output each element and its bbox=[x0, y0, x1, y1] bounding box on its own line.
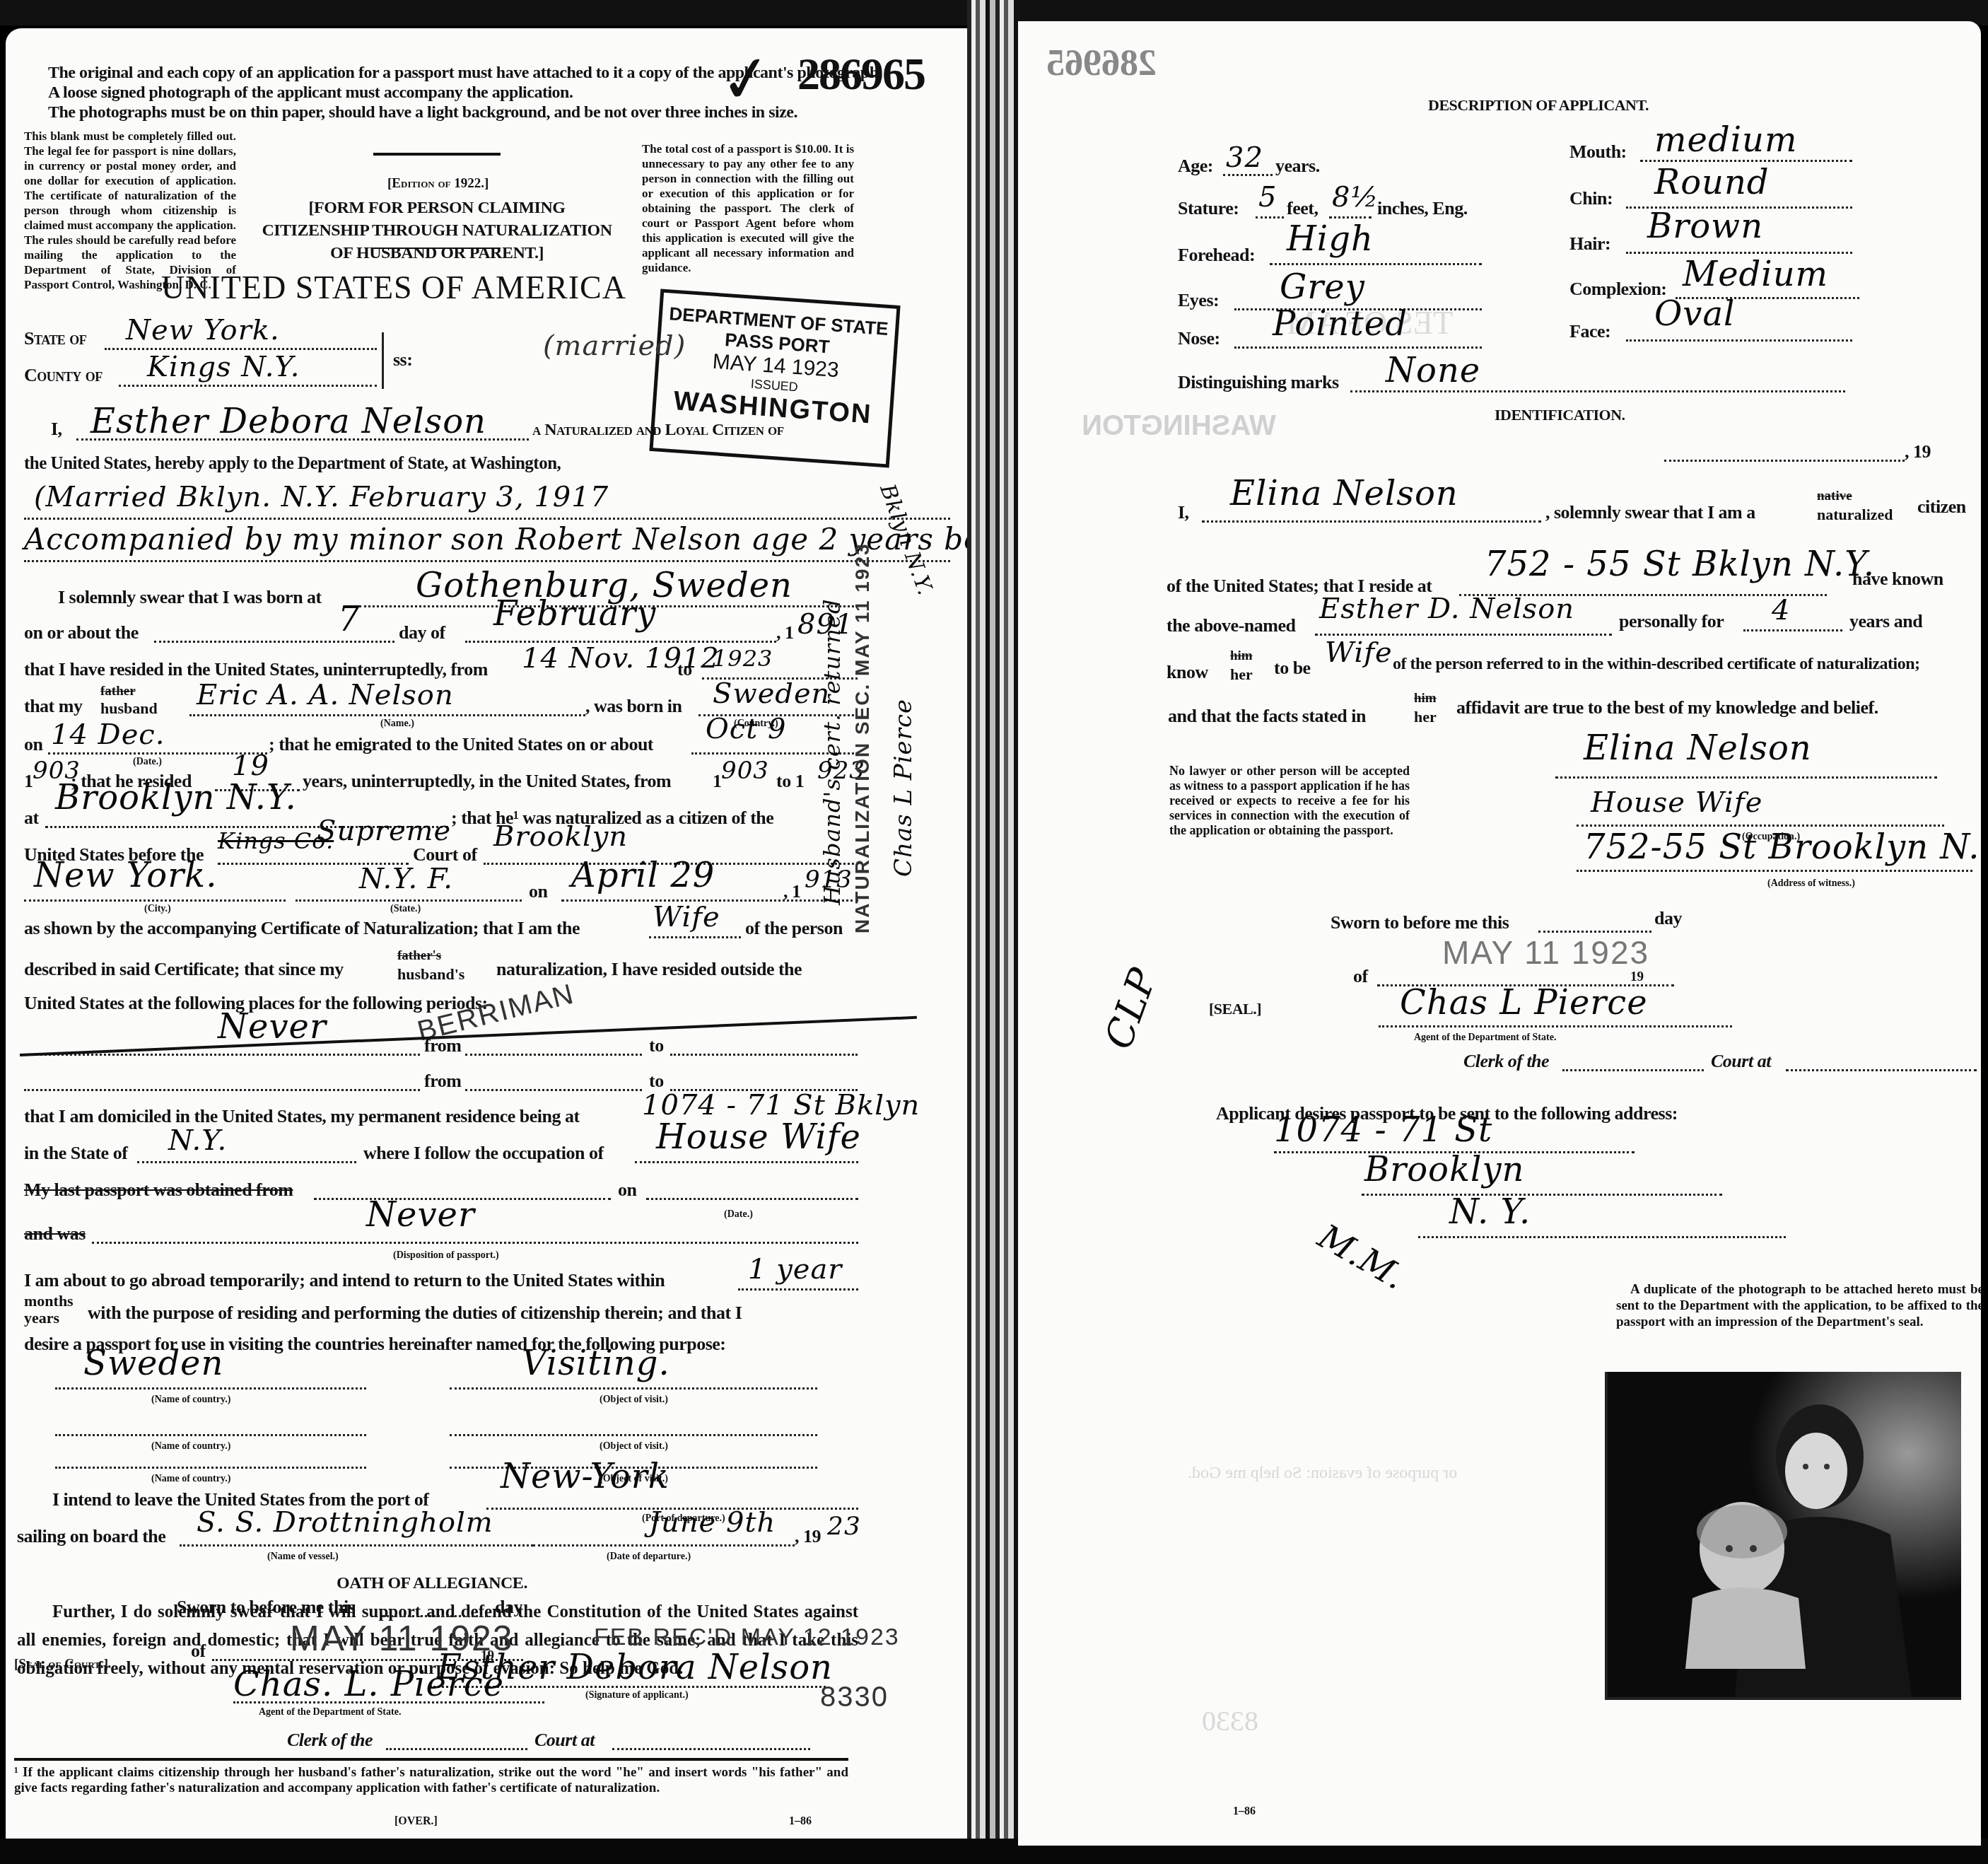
disposition-line bbox=[92, 1242, 858, 1244]
witness-name-line bbox=[1202, 520, 1541, 523]
date-caption-2: (Date.) bbox=[724, 1209, 753, 1221]
resided-to: 1923 bbox=[713, 645, 773, 672]
face-label: Face: bbox=[1569, 321, 1610, 342]
i-label-right: I, bbox=[1178, 502, 1189, 523]
departure-date: June 9th bbox=[649, 1506, 776, 1539]
witness-signature: Elina Nelson bbox=[1584, 728, 1812, 768]
country-3-line bbox=[55, 1467, 366, 1469]
on-or-about-label: on or about the bbox=[24, 622, 139, 643]
country-caption-2: (Name of country.) bbox=[151, 1441, 230, 1452]
identification-nineteen: , 19 bbox=[1905, 441, 1931, 462]
have-known-label: have known bbox=[1852, 569, 1943, 590]
mailing-line-3 bbox=[1418, 1236, 1786, 1238]
applicant-name-line bbox=[1315, 634, 1612, 636]
age-line bbox=[1223, 174, 1273, 176]
bleed-through-washington: WASHINGTON bbox=[1082, 410, 1276, 442]
witness-address: 752 - 55 St Bklyn N.Y. bbox=[1485, 544, 1875, 584]
state-residence: N.Y. bbox=[168, 1124, 227, 1157]
year-prefix: , 1 bbox=[776, 622, 794, 643]
eyes-label: Eyes: bbox=[1178, 290, 1219, 311]
vertical-note: Husband's cert. returned bbox=[819, 599, 846, 905]
relation-line bbox=[649, 936, 741, 938]
years-option: years bbox=[24, 1310, 59, 1326]
state-field-line bbox=[105, 348, 377, 350]
document-heading: UNITED STATES OF AMERICA bbox=[161, 269, 626, 306]
above-named-label: the above-named bbox=[1167, 615, 1295, 636]
mouth-line bbox=[1640, 160, 1852, 162]
nineteen-label-left: 19 bbox=[481, 1648, 494, 1664]
county-value: Kings N.Y. bbox=[147, 351, 300, 383]
last-passport-date-line bbox=[646, 1198, 858, 1200]
sailing-label: sailing on board the bbox=[17, 1526, 165, 1547]
seal-label: [SEAL.] bbox=[1209, 1000, 1261, 1018]
clp-initials: CLP bbox=[1096, 962, 1166, 1055]
husband-country: Sweden bbox=[713, 677, 830, 710]
marks-label: Distinguishing marks bbox=[1178, 372, 1339, 393]
city-caption: (City.) bbox=[144, 904, 171, 915]
domiciled-label: that I am domiciled in the United States… bbox=[24, 1106, 580, 1127]
stature-feet: 5 bbox=[1258, 181, 1277, 214]
stature-inches: 8½ bbox=[1332, 181, 1379, 214]
object-1-line bbox=[450, 1387, 817, 1390]
complexion-label: Complexion: bbox=[1569, 279, 1667, 300]
chin-value: Round bbox=[1654, 163, 1770, 202]
object-caption-2: (Object of visit.) bbox=[600, 1441, 668, 1452]
clerk-label-right: Clerk of the bbox=[1463, 1051, 1549, 1072]
outside-place-line-1 bbox=[24, 1054, 420, 1056]
extra-line-1 bbox=[24, 518, 950, 520]
forehead-label: Forehead: bbox=[1178, 245, 1255, 266]
witness-signature-line bbox=[1555, 776, 1937, 779]
him-option-struck: him bbox=[1230, 648, 1253, 664]
vertical-signature: Chas L Pierce bbox=[889, 699, 918, 877]
over-label: [OVER.] bbox=[394, 1813, 438, 1829]
witness-address-2: 752-55 St Brooklyn N.Y. bbox=[1584, 827, 1981, 867]
name-caption: (Name.) bbox=[380, 718, 414, 730]
naturalization-section-stamp: NATURALIZATION SEC. MAY 11 1923 bbox=[851, 542, 874, 933]
identification-date-line bbox=[1664, 460, 1905, 462]
departure-year-prefix: , 19 bbox=[795, 1526, 821, 1547]
date-caption: (Date.) bbox=[133, 757, 162, 768]
citizen-label: citizen bbox=[1917, 496, 1966, 518]
naturalized-option: naturalized bbox=[1817, 506, 1893, 523]
fathers-option-struck: father's bbox=[397, 948, 441, 964]
chin-label: Chin: bbox=[1569, 188, 1613, 209]
husband-name-line bbox=[189, 714, 585, 716]
birth-month: February bbox=[493, 594, 656, 634]
extra-line-2 bbox=[24, 560, 950, 562]
husband-name: Eric A. A. Nelson bbox=[197, 679, 454, 711]
state-value: New York. bbox=[126, 314, 280, 346]
address-caption: (Address of witness.) bbox=[1767, 878, 1855, 890]
clerk-line-right bbox=[1562, 1069, 1704, 1071]
passport-issued-stamp: DEPARTMENT OF STATE PASS PORT MAY 14 192… bbox=[649, 289, 900, 467]
divider bbox=[373, 153, 501, 156]
know-label: know bbox=[1167, 662, 1208, 683]
nose-line bbox=[1234, 346, 1482, 349]
and-was-label-struck: and was bbox=[24, 1223, 86, 1245]
nat-year-prefix: , 1 bbox=[783, 881, 801, 902]
to-label-2: to 1 bbox=[776, 771, 804, 792]
book-gutter bbox=[967, 0, 1018, 1864]
facts-label: and that the facts stated in bbox=[1168, 706, 1366, 727]
married-margin-note: (married) bbox=[543, 330, 686, 362]
county-label: County of bbox=[24, 365, 103, 386]
photo-notice-3: The photographs must be on thin paper, s… bbox=[48, 103, 797, 122]
day-label-left: day bbox=[495, 1597, 522, 1618]
object-1: Visiting. bbox=[522, 1344, 670, 1383]
birth-day-line bbox=[154, 641, 394, 643]
day-of-label: day of bbox=[399, 622, 445, 643]
him-option-struck-2: him bbox=[1414, 690, 1437, 706]
officer-line-right bbox=[1379, 1025, 1732, 1027]
footnote-text: ¹ If the applicant claims citizenship th… bbox=[14, 1765, 848, 1796]
husband-residence: Brooklyn N.Y. bbox=[55, 778, 297, 817]
sworn-date-stamp-right: MAY 11 1923 bbox=[1442, 933, 1649, 972]
her-option-2: her bbox=[1414, 709, 1437, 725]
inches-line bbox=[1329, 216, 1372, 219]
married-line: (Married Bklyn. N.Y. February 3, 1917 bbox=[34, 481, 609, 513]
form-title: [FORM FOR PERSON CLAIMING CITIZENSHIP TH… bbox=[253, 197, 621, 264]
country-2-line bbox=[55, 1434, 366, 1436]
occupation-label: where I follow the occupation of bbox=[363, 1143, 604, 1164]
mailing-initials: M.M. bbox=[1311, 1217, 1413, 1298]
court-name: Supreme bbox=[317, 815, 451, 847]
instructions-note-left: This blank must be completely filled out… bbox=[24, 129, 236, 292]
months-option: months bbox=[24, 1293, 74, 1309]
feet-label: feet, bbox=[1287, 198, 1318, 219]
officer-signature-right: Chas L Pierce bbox=[1400, 983, 1648, 1023]
face-line bbox=[1626, 339, 1852, 342]
nat-date: April 29 bbox=[571, 856, 715, 895]
applicant-name: Esther Debora Nelson bbox=[90, 402, 486, 441]
departure-year: 23 bbox=[827, 1512, 861, 1541]
marks-line bbox=[1350, 390, 1845, 392]
object-2-line bbox=[450, 1434, 817, 1436]
sworn-label-left: Sworn to before me this bbox=[177, 1597, 355, 1618]
of-label-left: of bbox=[191, 1641, 206, 1662]
bleed-through-oath: or purpose of evasion: So help me God. bbox=[1188, 1464, 1457, 1483]
witness-name: Elina Nelson bbox=[1230, 474, 1458, 513]
her-option: her bbox=[1230, 666, 1253, 682]
hair-label: Hair: bbox=[1569, 233, 1610, 255]
mouth-value: medium bbox=[1654, 120, 1797, 160]
applicant-name-right: Esther D. Nelson bbox=[1319, 593, 1574, 625]
identification-title: IDENTIFICATION. bbox=[1495, 406, 1625, 424]
father-option-struck: father bbox=[100, 683, 136, 699]
outside-places: Never bbox=[218, 1007, 327, 1047]
cost-note-right: The total cost of a passport is $10.00. … bbox=[642, 141, 854, 275]
outside-from-line-1 bbox=[465, 1054, 642, 1056]
husband-birth-date: 14 Dec. bbox=[51, 718, 165, 751]
at-label: at bbox=[24, 808, 39, 829]
husband-option: husband bbox=[100, 700, 158, 716]
husbands-option: husband's bbox=[397, 966, 464, 982]
age-label: Age: bbox=[1178, 156, 1213, 177]
resided-from-prefix: 1 bbox=[713, 771, 722, 792]
country-1: Sweden bbox=[83, 1344, 223, 1383]
emigrated-label: ; that he emigrated to the United States… bbox=[269, 734, 653, 755]
photo-duplicate-note: A duplicate of the photograph to be atta… bbox=[1616, 1281, 1981, 1330]
state-of-label-2: in the State of bbox=[24, 1143, 127, 1164]
on-label-3: on bbox=[618, 1179, 636, 1201]
native-option-struck: native bbox=[1817, 488, 1852, 504]
nat-state: N.Y. F. bbox=[359, 863, 453, 895]
county-field-line bbox=[119, 385, 377, 387]
sworn-day-line-right bbox=[1538, 931, 1651, 933]
divider bbox=[373, 247, 501, 249]
photo-notice-1: The original and each copy of an applica… bbox=[48, 64, 882, 83]
ss-label: ss: bbox=[393, 349, 412, 371]
state-residence-line bbox=[137, 1161, 356, 1163]
personally-label: personally for bbox=[1619, 611, 1724, 632]
face-value: Oval bbox=[1654, 294, 1735, 334]
court-at-line-left bbox=[612, 1748, 810, 1750]
born-at-label: I solemnly swear that I was born at bbox=[58, 587, 322, 608]
oath-title: OATH OF ALLEGIANCE. bbox=[337, 1574, 527, 1593]
outside-place-line-2 bbox=[24, 1089, 420, 1091]
received-date-stamp: FEB REC'D MAY 12 1923 bbox=[594, 1624, 900, 1651]
naturalized-citizen-text: a Naturalized and Loyal Citizen of bbox=[532, 421, 784, 440]
nat-city: New York. bbox=[34, 856, 217, 895]
application-back-page: 286965 WASHINGTON TES OF AM DESCRIPTION … bbox=[1018, 21, 1981, 1846]
mirrored-serial-number: 286965 bbox=[1046, 42, 1157, 84]
last-passport-label-struck: My last passport was obtained from bbox=[24, 1179, 293, 1201]
years-known-line bbox=[1743, 629, 1842, 631]
court-at-label-left: Court at bbox=[534, 1730, 595, 1751]
mouth-label: Mouth: bbox=[1569, 141, 1627, 163]
return-within: 1 year bbox=[748, 1253, 842, 1286]
agent-label-right: Agent of the Department of State. bbox=[1414, 1032, 1556, 1044]
resided-label: that I have resided in the United States… bbox=[24, 659, 488, 680]
applicant-photograph bbox=[1605, 1372, 1961, 1700]
seal-of-court-label: [Seal of Court.] bbox=[14, 1656, 108, 1672]
emigrated-date: Oct 9 bbox=[706, 713, 786, 745]
nat-city-line bbox=[24, 899, 286, 902]
birth-day: 7 bbox=[338, 600, 361, 639]
mailing-line-2 bbox=[1362, 1194, 1722, 1196]
form-number-left: 1–86 bbox=[789, 1813, 812, 1829]
disposition-caption: (Disposition of passport.) bbox=[393, 1250, 499, 1262]
resided-to-label: to bbox=[677, 659, 692, 680]
affidavit-label: affidavit are true to the best of my kno… bbox=[1456, 697, 1878, 718]
court-at-label-right: Court at bbox=[1711, 1051, 1771, 1072]
mailing-address-3: N. Y. bbox=[1449, 1192, 1531, 1232]
complexion-value: Medium bbox=[1683, 255, 1828, 294]
agent-label-left: Agent of the Department of State. bbox=[259, 1707, 401, 1718]
court-place: Brooklyn bbox=[493, 820, 628, 853]
state-label: State of bbox=[24, 328, 86, 349]
referred-label: of the person referred to in the within-… bbox=[1393, 655, 1920, 674]
hair-line bbox=[1626, 252, 1852, 254]
relation-value: Wife bbox=[653, 901, 720, 933]
feet-line bbox=[1256, 216, 1284, 219]
accompanied-line: Accompanied by my minor son Robert Nelso… bbox=[24, 522, 967, 557]
outside-from-line-2 bbox=[465, 1089, 642, 1091]
mailing-address-1: 1074 - 71 St bbox=[1274, 1110, 1492, 1150]
of-person-label: of the person bbox=[745, 918, 843, 939]
lawyer-note: No lawyer or other person will be accept… bbox=[1169, 764, 1410, 838]
return-within-line bbox=[738, 1288, 858, 1291]
photo-portrait-icon bbox=[1608, 1372, 1961, 1697]
object-caption-1: (Object of visit.) bbox=[600, 1394, 668, 1406]
described-label: described in said Certificate; that sinc… bbox=[24, 959, 344, 980]
outside-to-line-1 bbox=[670, 1054, 858, 1056]
port-value: New-York bbox=[501, 1457, 670, 1496]
of-line-left bbox=[212, 1659, 523, 1661]
witness-address-line-2 bbox=[1577, 870, 1972, 872]
occupation-value: House Wife bbox=[656, 1117, 861, 1157]
eyes-value: Grey bbox=[1280, 267, 1365, 307]
bleed-through-file-number: 8330 bbox=[1202, 1704, 1258, 1737]
sworn-label-right: Sworn to before me this bbox=[1331, 912, 1509, 933]
to-label-3: to bbox=[649, 1035, 664, 1056]
forehead-value: High bbox=[1287, 219, 1374, 259]
from-label-2: from bbox=[424, 1071, 461, 1092]
witness-occupation-line bbox=[1577, 825, 1944, 827]
vessel-caption: (Name of vessel.) bbox=[267, 1551, 339, 1563]
clerk-label-left: Clerk of the bbox=[287, 1730, 373, 1751]
description-title: DESCRIPTION OF APPLICANT. bbox=[1428, 96, 1649, 115]
departure-line bbox=[533, 1544, 795, 1546]
abroad-label: I am about to go abroad temporarily; and… bbox=[24, 1270, 665, 1291]
footnote-divider bbox=[14, 1758, 848, 1761]
file-number: 8330 bbox=[820, 1682, 889, 1713]
officer-signature-left: Chas. L. Pierce bbox=[233, 1665, 504, 1704]
court-at-line-right bbox=[1786, 1069, 1977, 1071]
i-label: I, bbox=[51, 419, 62, 440]
naturalization-resided-label: naturalization, I have resided outside t… bbox=[496, 959, 802, 980]
inches-label: inches, Eng. bbox=[1377, 198, 1468, 219]
years-and-label: years and bbox=[1849, 611, 1922, 632]
officer-line-left bbox=[233, 1701, 544, 1703]
signature-caption: (Signature of applicant.) bbox=[585, 1690, 689, 1701]
swear-label: , solemnly swear that I am a bbox=[1545, 502, 1755, 523]
years-uninterrupted-label: years, uninterruptedly, in the United St… bbox=[303, 771, 671, 792]
nat-state-line bbox=[296, 899, 522, 902]
years-known: 4 bbox=[1772, 594, 1790, 627]
occupation-line bbox=[635, 1161, 858, 1163]
age-value: 32 bbox=[1226, 141, 1263, 174]
witness-occupation: House Wife bbox=[1591, 786, 1762, 819]
brace bbox=[382, 332, 384, 389]
nose-value: Pointed bbox=[1273, 304, 1408, 344]
departure-caption: (Date of departure.) bbox=[607, 1551, 691, 1563]
relation-right: Wife bbox=[1325, 636, 1393, 669]
that-my-label-2: that my bbox=[24, 696, 82, 717]
forehead-line bbox=[1270, 263, 1482, 265]
was-born-in-label: , was born in bbox=[585, 696, 682, 717]
hair-value: Brown bbox=[1647, 206, 1763, 246]
country-caption-3: (Name of country.) bbox=[151, 1474, 230, 1485]
of-label-right: of bbox=[1353, 966, 1368, 987]
sworn-day-line bbox=[382, 1615, 488, 1617]
husband-resided-from: 903 bbox=[721, 757, 769, 785]
passport-disposition: Never bbox=[366, 1195, 475, 1235]
vessel-value: S. S. Drottningholm bbox=[197, 1506, 493, 1539]
apply-text: the United States, hereby apply to the D… bbox=[24, 454, 561, 474]
to-be-label: to be bbox=[1274, 658, 1311, 679]
on-label: on bbox=[24, 734, 42, 755]
photo-notice-2: A loose signed photograph of the applica… bbox=[48, 83, 573, 103]
age-suffix: years. bbox=[1275, 156, 1320, 177]
state-caption: (State.) bbox=[390, 904, 421, 915]
vessel-line bbox=[180, 1544, 533, 1546]
edition-label: [Edition of 1922.] bbox=[387, 175, 489, 192]
as-shown-label: as shown by the accompanying Certificate… bbox=[24, 918, 580, 939]
day-label-right: day bbox=[1654, 908, 1682, 929]
marks-value: None bbox=[1386, 351, 1480, 390]
country-1-line bbox=[55, 1387, 366, 1390]
on-label-2: on bbox=[529, 881, 547, 902]
emigrated-year-prefix: 1 bbox=[24, 771, 33, 792]
clerk-line-left bbox=[386, 1748, 527, 1750]
mailing-address-2: Brooklyn bbox=[1364, 1150, 1524, 1189]
nose-label: Nose: bbox=[1178, 328, 1220, 349]
purpose-label: with the purpose of residing and perform… bbox=[88, 1303, 742, 1324]
application-front-page: ✓ 286965 The original and each copy of a… bbox=[6, 28, 967, 1839]
stature-label: Stature: bbox=[1178, 198, 1239, 219]
country-caption-1: (Name of country.) bbox=[151, 1394, 230, 1406]
form-number-right: 1–86 bbox=[1233, 1803, 1256, 1819]
